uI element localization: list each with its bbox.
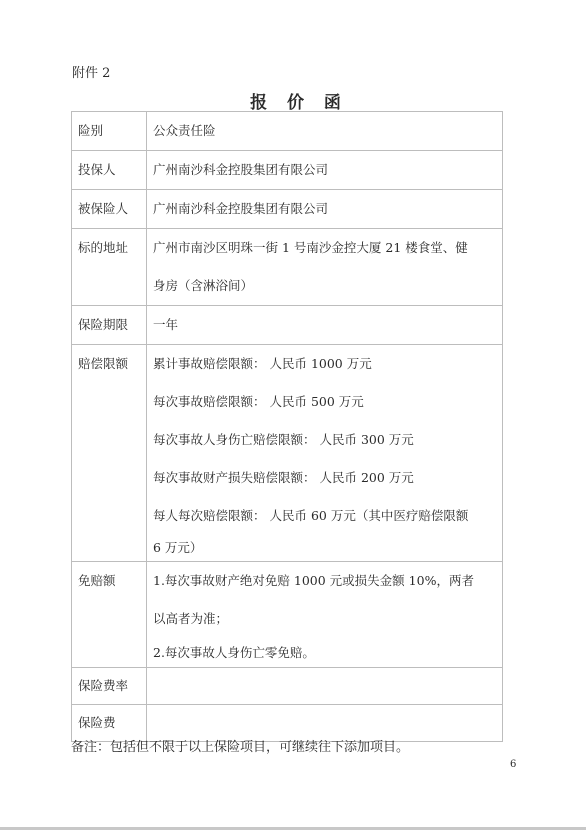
value-text: 每人每次赔偿限额： 人民币 60 万元（其中医疗赔偿限额 [153,497,502,535]
label-text: 险别 [78,112,146,150]
page-number: 6 [510,759,516,770]
row-label: 保险期限 [72,306,147,345]
value-text: 以高者为准； [153,600,502,638]
table-row: 被保险人 广州南沙科金控股集团有限公司 [72,190,503,229]
row-value: 广州南沙科金控股集团有限公司 [147,151,503,190]
value-text: 公众责任险 [153,112,502,150]
row-label: 赔偿限额 [72,345,147,562]
table-row: 投保人 广州南沙科金控股集团有限公司 [72,151,503,190]
row-value [147,668,503,705]
value-text: 每次事故人身伤亡赔偿限额： 人民币 300 万元 [153,421,502,459]
document-title: 报 价 函 [0,88,586,113]
label-text: 赔偿限额 [78,345,146,383]
attachment-label: 附件 2 [72,62,110,81]
row-label: 标的地址 [72,229,147,306]
value-text: 1.每次事故财产绝对免赔 1000 元或损失金额 10%，两者 [153,562,502,600]
value-text: 一年 [153,306,502,344]
value-text: 身房（含淋浴间） [153,267,502,305]
value-text: 累计事故赔偿限额： 人民币 1000 万元 [153,345,502,383]
table-row: 险别 公众责任险 [72,112,503,151]
label-text: 被保险人 [78,190,146,228]
table-row: 标的地址 广州市南沙区明珠一街 1 号南沙金控大厦 21 楼食堂、健 身房（含淋… [72,229,503,306]
label-text: 保险期限 [78,306,146,344]
value-text: 每次事故财产损失赔偿限额： 人民币 200 万元 [153,459,502,497]
row-value: 1.每次事故财产绝对免赔 1000 元或损失金额 10%，两者 以高者为准； 2… [147,562,503,668]
label-text: 免赔额 [78,562,146,600]
value-text: 广州市南沙区明珠一街 1 号南沙金控大厦 21 楼食堂、健 [153,229,502,267]
label-text: 投保人 [78,151,146,189]
value-text: 广州南沙科金控股集团有限公司 [153,151,502,189]
row-value: 一年 [147,306,503,345]
value-text: 每次事故赔偿限额： 人民币 500 万元 [153,383,502,421]
row-value: 累计事故赔偿限额： 人民币 1000 万元 每次事故赔偿限额： 人民币 500 … [147,345,503,562]
row-label: 险别 [72,112,147,151]
table-row: 保险期限 一年 [72,306,503,345]
table-row: 保险费率 [72,668,503,705]
table-row: 免赔额 1.每次事故财产绝对免赔 1000 元或损失金额 10%，两者 以高者为… [72,562,503,668]
value-text [153,668,502,704]
footnote: 备注：包括但不限于以上保险项目，可继续往下添加项目。 [71,736,409,755]
row-value: 广州南沙科金控股集团有限公司 [147,190,503,229]
row-label: 投保人 [72,151,147,190]
label-text: 标的地址 [78,229,146,267]
value-text: 广州南沙科金控股集团有限公司 [153,190,502,228]
row-label: 被保险人 [72,190,147,229]
table-row: 赔偿限额 累计事故赔偿限额： 人民币 1000 万元 每次事故赔偿限额： 人民币… [72,345,503,562]
label-text: 保险费率 [78,668,146,704]
row-value: 公众责任险 [147,112,503,151]
value-text: 2.每次事故人身伤亡零免赔。 [153,638,502,667]
value-text: 6 万元） [153,535,502,561]
row-label: 免赔额 [72,562,147,668]
quote-table: 险别 公众责任险 投保人 广州南沙科金控股集团有限公司 被保险人 广州南沙科金控… [71,111,503,742]
row-value: 广州市南沙区明珠一街 1 号南沙金控大厦 21 楼食堂、健 身房（含淋浴间） [147,229,503,306]
row-label: 保险费率 [72,668,147,705]
